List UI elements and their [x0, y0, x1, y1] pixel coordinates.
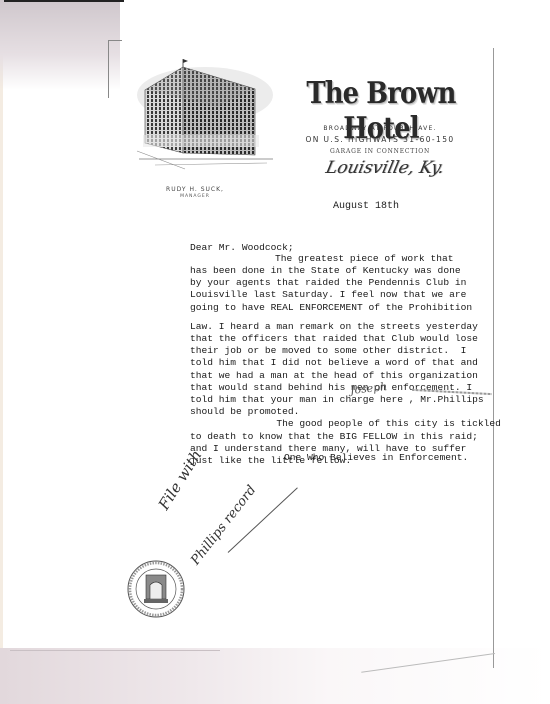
city-script: Louisville, Ky.	[298, 158, 472, 178]
hotel-building-icon	[135, 55, 277, 173]
manager-title: MANAGER	[140, 194, 250, 199]
letter-first-line: The greatest piece of work that	[275, 253, 453, 264]
letter-line: Louisville last Saturday. I feel now tha…	[190, 289, 490, 301]
paper-edge	[493, 48, 494, 668]
handwritten-note: File with	[155, 447, 206, 513]
letter-line: to death to know that the BIG FELLOW in …	[190, 431, 490, 443]
scan-edge	[0, 0, 3, 704]
letter-line: that we had a man at the head of this or…	[190, 370, 490, 382]
letter-line: should be promoted.	[190, 406, 490, 418]
address-line: ON U.S. HIGHWAYS 31-60-150	[268, 135, 492, 144]
letter-line: told him that your man in charge here , …	[190, 394, 490, 406]
scan-shadow-top	[0, 0, 120, 90]
paper-edge	[108, 40, 109, 98]
handwritten-note: Phillips record	[188, 483, 259, 568]
letter-line: Law. I heard a man remark on the streets…	[190, 321, 490, 333]
address-line: GARAGE IN CONNECTION	[270, 148, 490, 155]
letter-line: told him that I did not believe a word o…	[190, 357, 490, 369]
address-line: BROADWAY AT FOURTH AVE.	[270, 125, 490, 132]
letter-line: that the officers that raided that Club …	[190, 333, 490, 345]
letter-line: by your agents that raided the Pendennis…	[190, 277, 490, 289]
letter-date: August 18th	[333, 201, 399, 212]
letter-line: going to have REAL ENFORCEMENT of the Pr…	[190, 302, 490, 314]
letter-line: has been done in the State of Kentucky w…	[190, 265, 490, 277]
letter-body: has been done in the State of Kentucky w…	[190, 265, 490, 467]
hotel-seal-icon	[126, 559, 186, 619]
scan-edge-line	[4, 0, 124, 2]
salutation: Dear Mr. Woodcock;	[190, 242, 294, 253]
letter-line	[190, 314, 490, 321]
letter-closing: One Who Believes in Enforcement.	[284, 452, 468, 463]
letter-line: their job or be moved to some other dist…	[190, 345, 490, 357]
paper-edge	[108, 40, 122, 41]
manager-name: RUDY H. SUCK,	[140, 186, 250, 193]
paper-edge	[10, 650, 220, 651]
letter-line: The good people of this city is tickled	[190, 418, 490, 430]
